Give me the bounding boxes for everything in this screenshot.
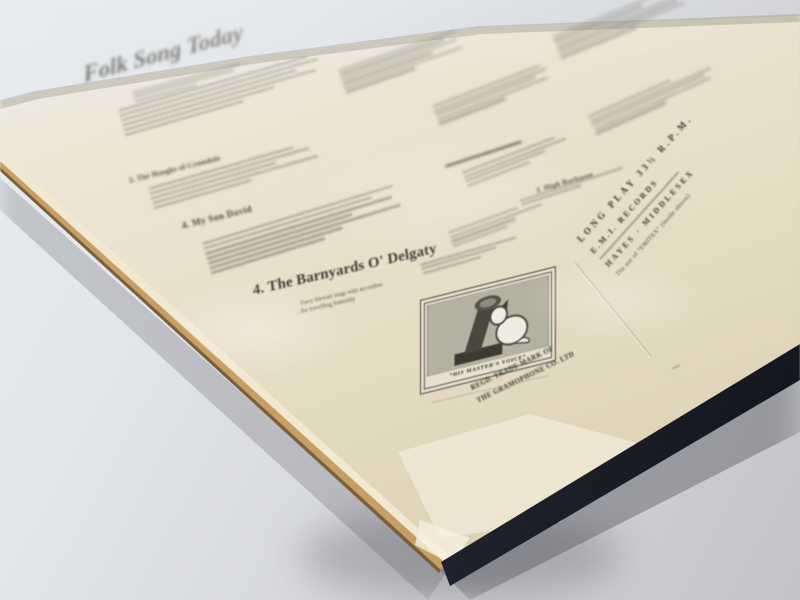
photo-record-sleeve: Folk Song Today 2. The Haughs of Cromdal… <box>0 0 800 600</box>
